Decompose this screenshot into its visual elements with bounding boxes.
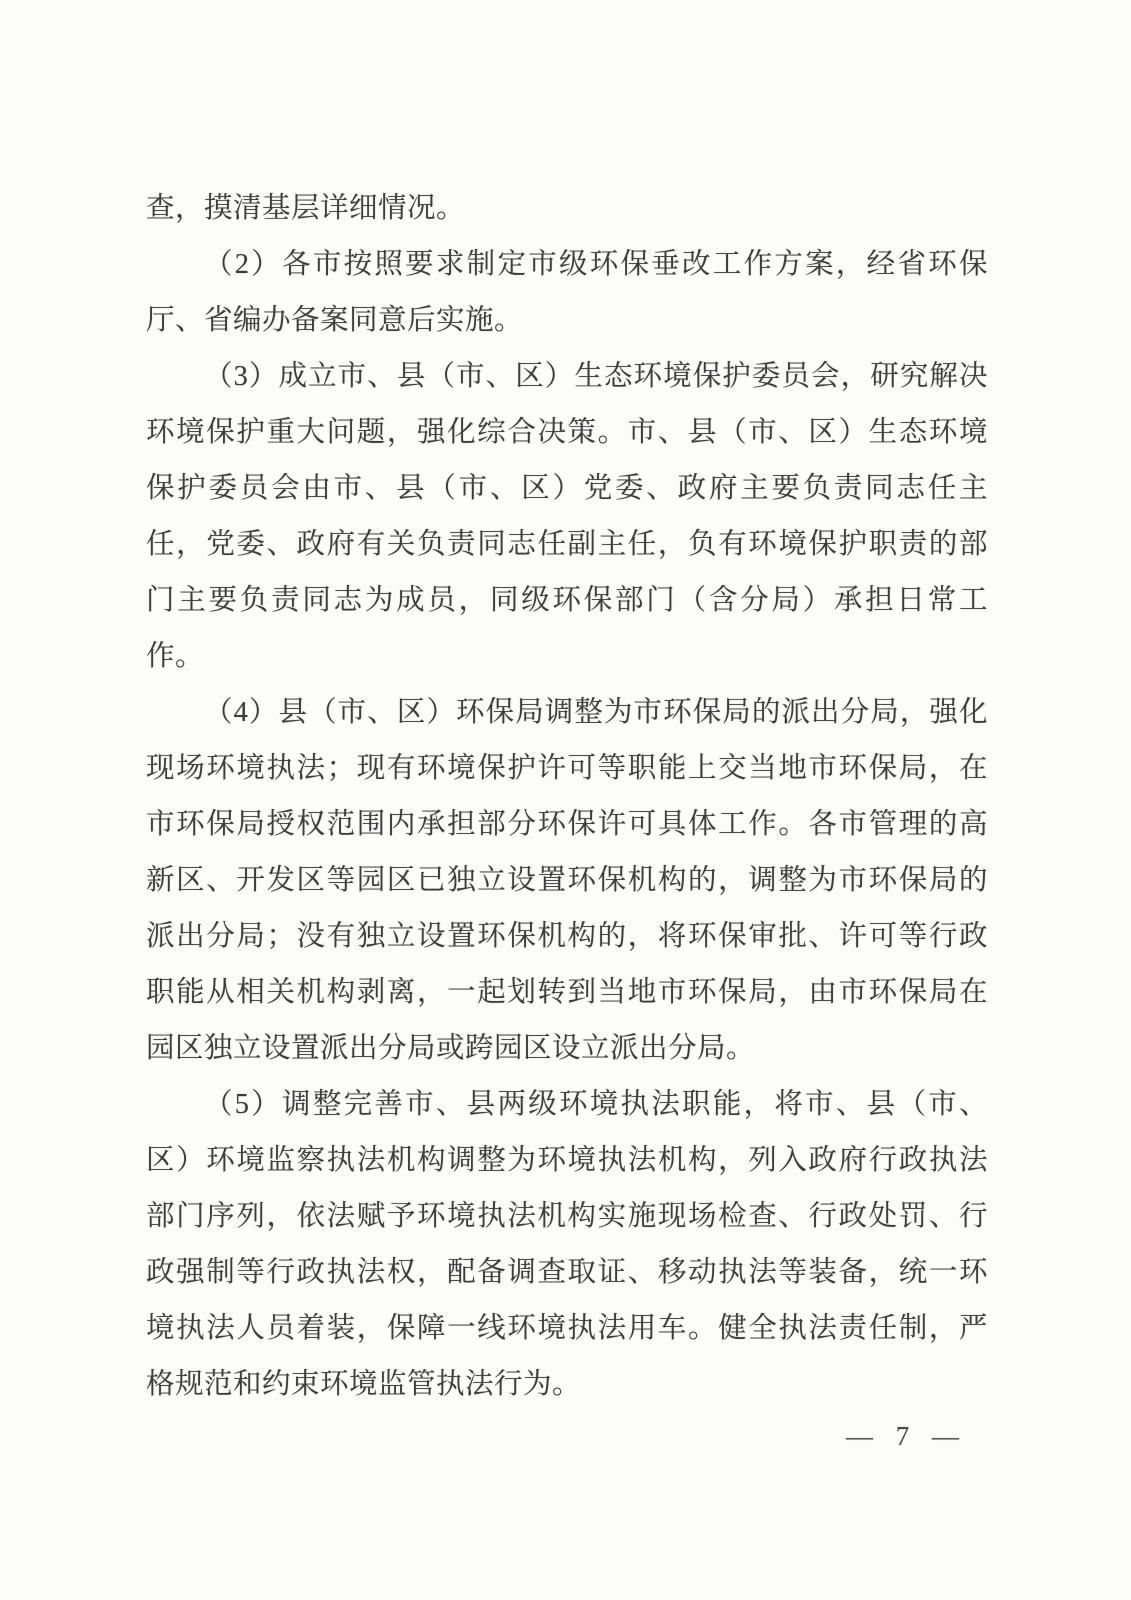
- text-line: 境执法人员着装，保障一线环境执法用车。健全执法责任制，严: [146, 1301, 988, 1357]
- text-line: 部门序列，依法赋予环境执法机构实施现场检查、行政处罚、行: [146, 1189, 988, 1245]
- text-line: 市环保局授权范围内承担部分环保许可具体工作。各市管理的高: [146, 797, 988, 853]
- text-line: （2）各市按照要求制定市级环保垂改工作方案，经省环保: [146, 237, 988, 293]
- document-page: 查，摸清基层详细情况。（2）各市按照要求制定市级环保垂改工作方案，经省环保厅、省…: [0, 0, 1131, 1600]
- text-line: 派出分局；没有独立设置环保机构的，将环保审批、许可等行政: [146, 909, 988, 965]
- text-line: 职能从相关机构剥离，一起划转到当地市环保局，由市环保局在: [146, 965, 988, 1021]
- text-line: 格规范和约束环境监管执法行为。: [146, 1357, 988, 1413]
- text-line: 环境保护重大问题，强化综合决策。市、县（市、区）生态环境: [146, 405, 988, 461]
- text-line: （5）调整完善市、县两级环境执法职能，将市、县（市、: [146, 1077, 988, 1133]
- text-line: 新区、开发区等园区已独立设置环保机构的，调整为市环保局的: [146, 853, 988, 909]
- text-line: 政强制等行政执法权，配备调查取证、移动执法等装备，统一环: [146, 1245, 988, 1301]
- text-line: 园区独立设置派出分局或跨园区设立派出分局。: [146, 1021, 988, 1077]
- document-body: 查，摸清基层详细情况。（2）各市按照要求制定市级环保垂改工作方案，经省环保厅、省…: [146, 181, 988, 1413]
- text-line: （4）县（市、区）环保局调整为市环保局的派出分局，强化: [146, 685, 988, 741]
- page-number: — 7 —: [846, 1420, 959, 1452]
- text-line: 厅、省编办备案同意后实施。: [146, 293, 988, 349]
- text-line: 保护委员会由市、县（市、区）党委、政府主要负责同志任主: [146, 461, 988, 517]
- text-line: 门主要负责同志为成员，同级环保部门（含分局）承担日常工: [146, 573, 988, 629]
- text-line: 查，摸清基层详细情况。: [146, 181, 988, 237]
- text-line: （3）成立市、县（市、区）生态环境保护委员会，研究解决: [146, 349, 988, 405]
- text-line: 任，党委、政府有关负责同志任副主任，负有环境保护职责的部: [146, 517, 988, 573]
- text-line: 现场环境执法；现有环境保护许可等职能上交当地市环保局，在: [146, 741, 988, 797]
- text-line: 区）环境监察执法机构调整为环境执法机构，列入政府行政执法: [146, 1133, 988, 1189]
- text-line: 作。: [146, 629, 988, 685]
